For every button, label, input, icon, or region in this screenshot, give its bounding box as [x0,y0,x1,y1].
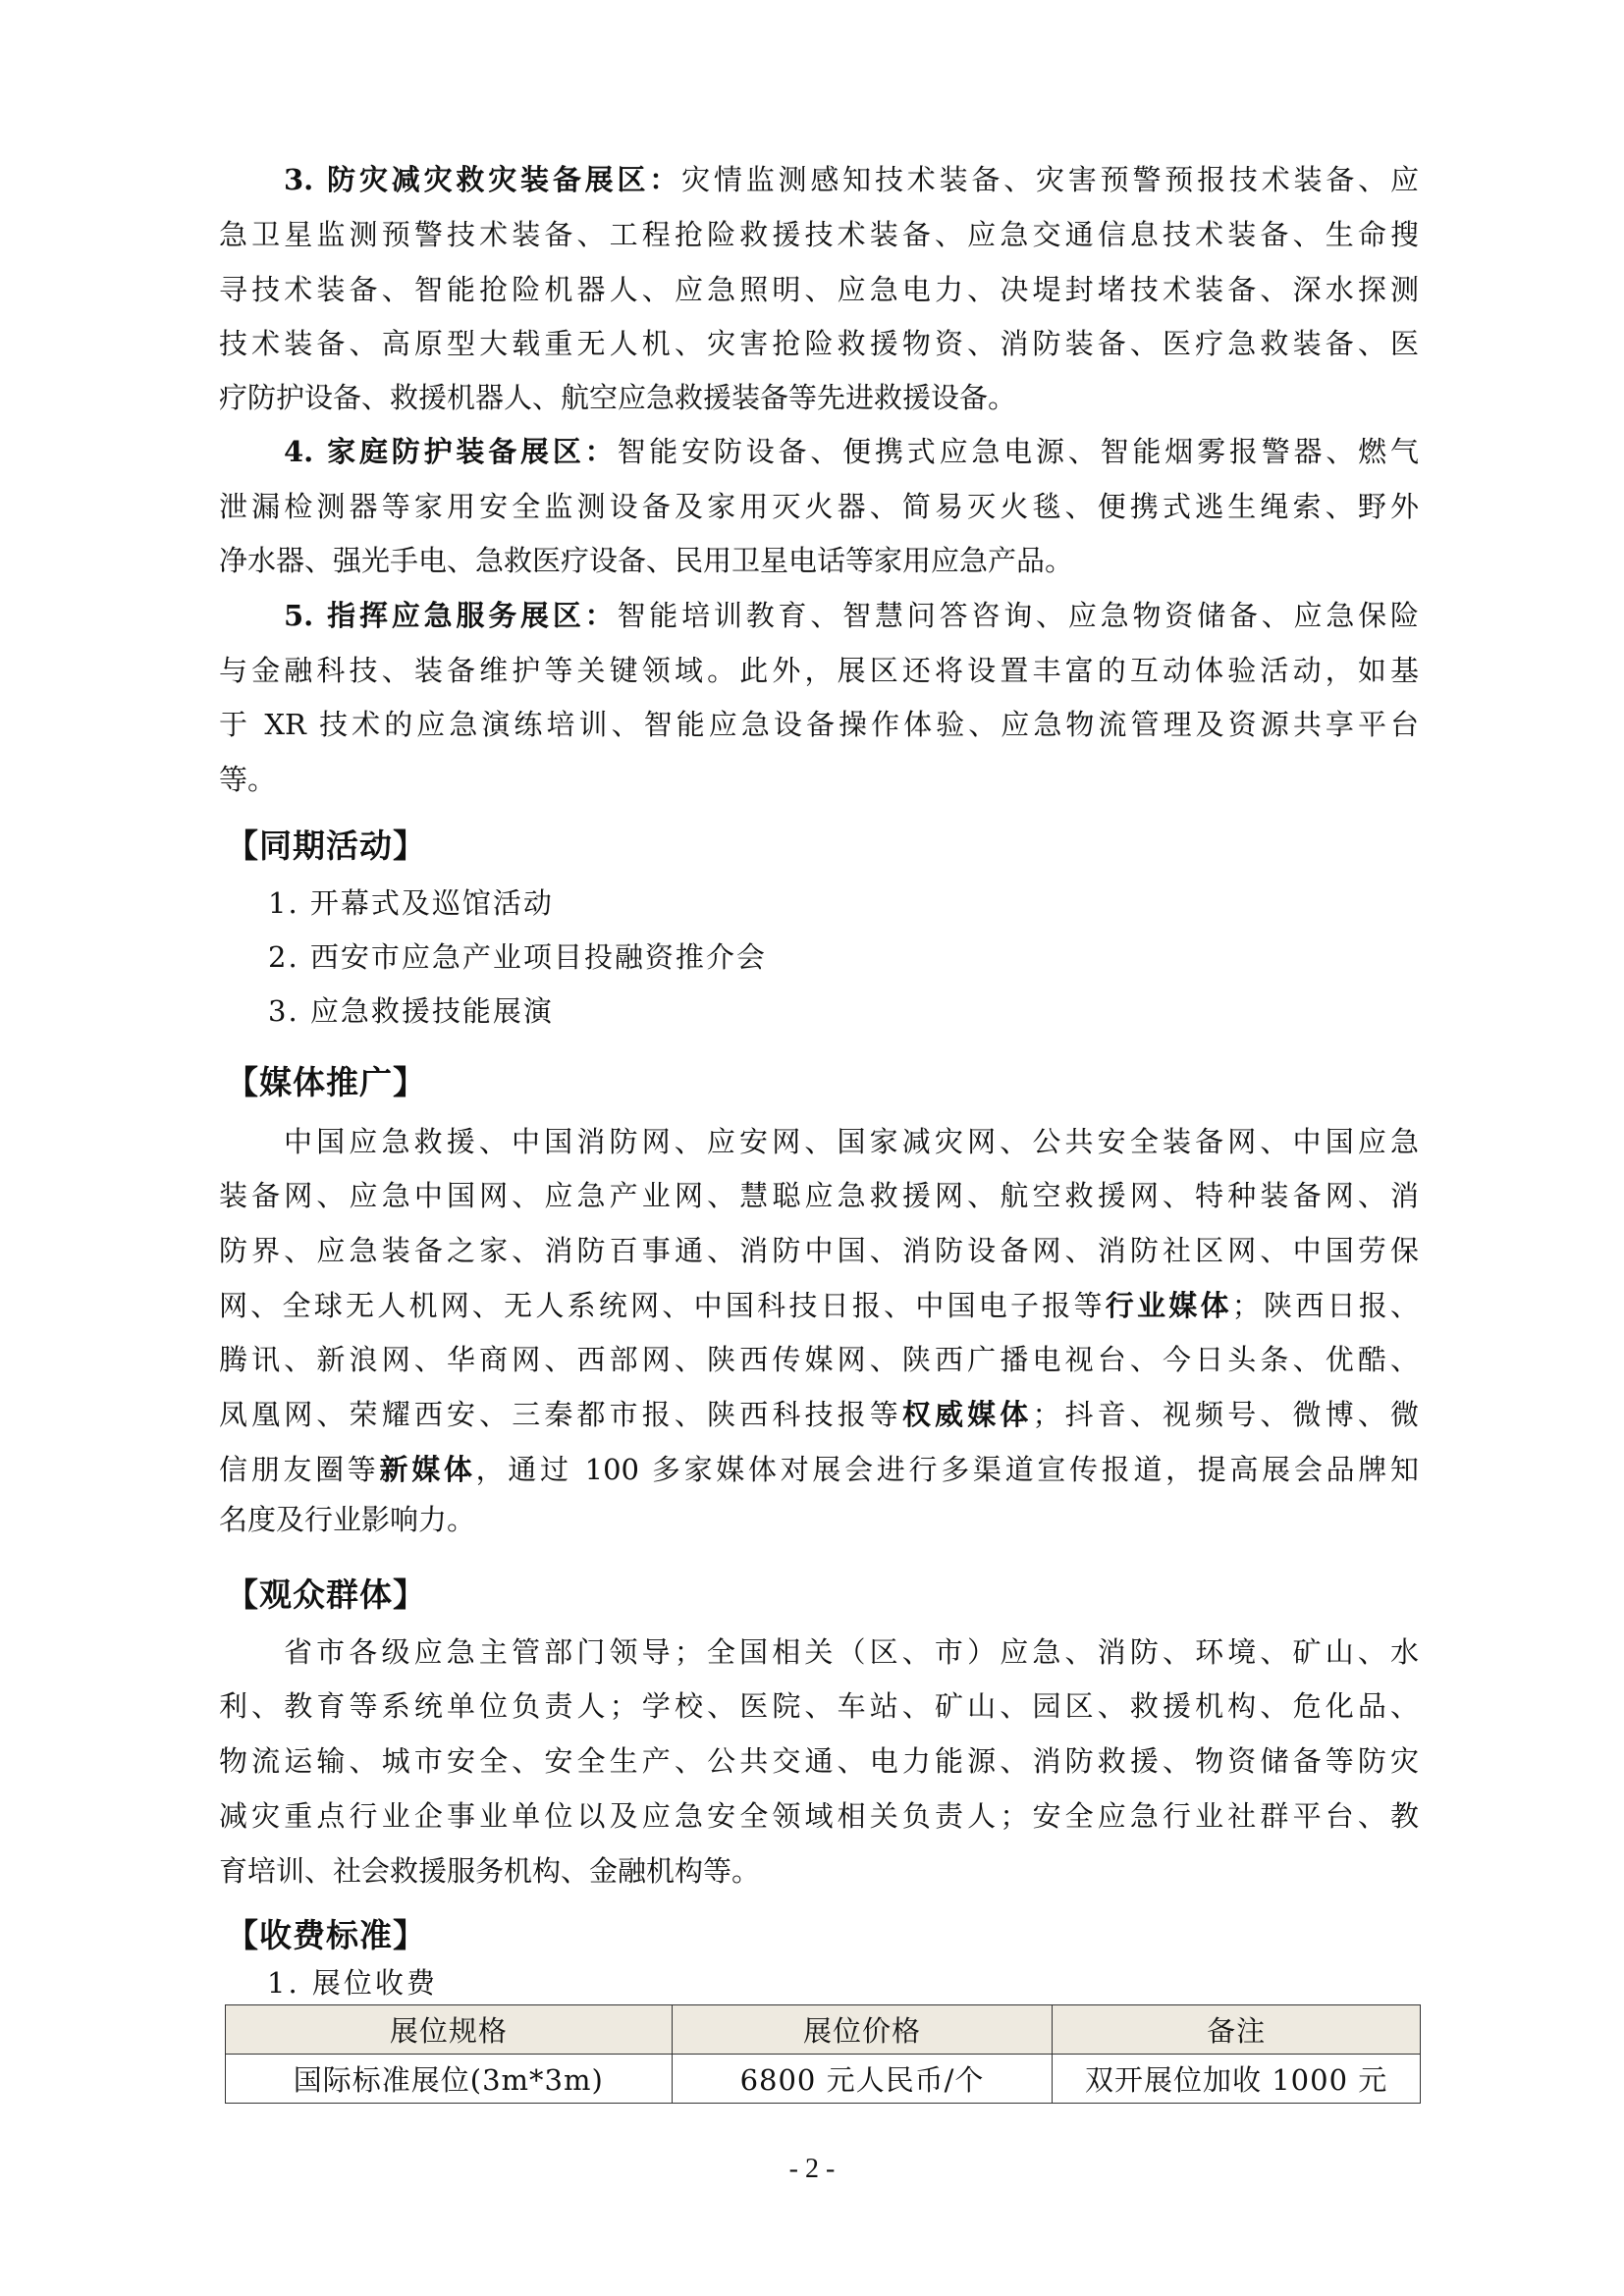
cell-price: 6800 元人民币/个 [672,2055,1053,2104]
audience-heading: 【观众群体】 [226,1574,426,1617]
audience-line-3: 物流运输、城市安全、安全生产、公共交通、电力能源、消防救援、物资储备等防灾 [219,1741,1419,1781]
zone4-line-2: 泄漏检测器等家用安全监测设备及家用灭火器、简易灭火毯、便携式逃生绳索、野外 [219,487,1419,526]
media-heading: 【媒体推广】 [226,1061,426,1104]
col-header-spec: 展位规格 [226,2005,673,2055]
media-line-1: 中国应急救援、中国消防网、应安网、国家减灾网、公共安全装备网、中国应急 [284,1122,1419,1161]
cell-spec: 国际标准展位(3m*3m) [226,2055,673,2104]
audience-line-4: 减灾重点行业企事业单位以及应急安全领域相关负责人；安全应急行业社群平台、教 [219,1796,1419,1836]
zone4-title: 4. 家庭防护装备展区： [284,435,618,468]
zone5-line-3: 于 XR 技术的应急演练培训、智能应急设备操作体验、应急物流管理及资源共享平台 [219,705,1419,744]
audience-line-5: 育培训、社会救援服务机构、金融机构等。 [219,1851,1419,1891]
zone3-line-4: 技术装备、高原型大载重无人机、灾害抢险救援物资、消防装备、医疗急救装备、医 [219,324,1419,363]
media-line-7: 信朋友圈等新媒体，通过 100 多家媒体对展会进行多渠道宣传报道，提高展会品牌知 [219,1450,1419,1489]
zone5-text: 智能培训教育、智慧问答咨询、应急物资储备、应急保险 [618,599,1420,632]
zone5-line-1: 5. 指挥应急服务展区：智能培训教育、智慧问答咨询、应急物资储备、应急保险 [284,596,1419,635]
concurrent-events-heading: 【同期活动】 [226,825,426,868]
zone4-line-3: 净水器、强光手电、急救医疗设备、民用卫星电话等家用应急产品。 [219,541,1419,580]
table-header-row: 展位规格 展位价格 备注 [226,2005,1421,2055]
industry-media-label: 行业媒体 [1106,1289,1232,1322]
media-line-8: 名度及行业影响力。 [219,1500,1419,1539]
audience-line-2: 利、教育等系统单位负责人；学校、医院、车站、矿山、园区、救援机构、危化品、 [219,1686,1419,1726]
zone4-text: 智能安防设备、便携式应急电源、智能烟雾报警器、燃气 [618,435,1420,468]
media-text: ；陕西日报、 [1232,1289,1419,1322]
booth-fee-subheading: 1. 展位收费 [267,1963,438,2002]
table-row: 国际标准展位(3m*3m) 6800 元人民币/个 双开展位加收 1000 元 [226,2055,1421,2104]
event-item-3: 3. 应急救援技能展演 [268,991,554,1031]
event-item-1: 1. 开幕式及巡馆活动 [268,883,554,923]
audience-line-1: 省市各级应急主管部门领导；全国相关（区、市）应急、消防、环境、矿山、水 [284,1632,1419,1672]
cell-note: 双开展位加收 1000 元 [1053,2055,1421,2104]
zone3-title: 3. 防灾减灾救灾装备展区： [284,163,681,196]
zone3-text: 灾情监测感知技术装备、灾害预警预报技术装备、应 [681,163,1419,196]
authority-media-label: 权威媒体 [902,1398,1033,1431]
new-media-label: 新媒体 [380,1453,476,1486]
media-text: 凤凰网、荣耀西安、三秦都市报、陕西科技报等 [219,1398,902,1431]
col-header-note: 备注 [1053,2005,1421,2055]
media-line-4: 网、全球无人机网、无人系统网、中国科技日报、中国电子报等行业媒体；陕西日报、 [219,1286,1419,1325]
zone3-line-2: 急卫星监测预警技术装备、工程抢险救援技术装备、应急交通信息技术装备、生命搜 [219,215,1419,254]
media-line-5: 腾讯、新浪网、华商网、西部网、陕西传媒网、陕西广播电视台、今日头条、优酷、 [219,1340,1419,1379]
document-page: 3. 防灾减灾救灾装备展区：灾情监测感知技术装备、灾害预警预报技术装备、应 急卫… [0,0,1624,2296]
col-header-price: 展位价格 [672,2005,1053,2055]
media-line-2: 装备网、应急中国网、应急产业网、慧聪应急救援网、航空救援网、特种装备网、消 [219,1176,1419,1215]
media-text: 信朋友圈等 [219,1453,380,1486]
media-line-6: 凤凰网、荣耀西安、三秦都市报、陕西科技报等权威媒体；抖音、视频号、微博、微 [219,1395,1419,1434]
page-number: - 2 - [0,2152,1624,2187]
zone5-title: 5. 指挥应急服务展区： [284,599,618,632]
zone3-line-1: 3. 防灾减灾救灾装备展区：灾情监测感知技术装备、灾害预警预报技术装备、应 [284,160,1419,199]
zone5-line-2: 与金融科技、装备维护等关键领域。此外，展区还将设置丰富的互动体验活动，如基 [219,651,1419,690]
zone5-line-4: 等。 [219,760,1419,799]
booth-fee-table: 展位规格 展位价格 备注 国际标准展位(3m*3m) 6800 元人民币/个 双… [225,2004,1421,2104]
event-item-2: 2. 西安市应急产业项目投融资推介会 [268,937,767,977]
zone3-line-5: 疗防护设备、救援机器人、航空应急救援装备等先进救援设备。 [219,378,1419,417]
zone4-line-1: 4. 家庭防护装备展区：智能安防设备、便携式应急电源、智能烟雾报警器、燃气 [284,432,1419,471]
media-text: ；抖音、视频号、微博、微 [1032,1398,1419,1431]
media-text: 网、全球无人机网、无人系统网、中国科技日报、中国电子报等 [219,1289,1106,1322]
fees-heading: 【收费标准】 [226,1914,426,1957]
media-line-3: 防界、应急装备之家、消防百事通、消防中国、消防设备网、消防社区网、中国劳保 [219,1231,1419,1270]
media-text: ，通过 100 多家媒体对展会进行多渠道宣传报道，提高展会品牌知 [476,1453,1419,1486]
zone3-line-3: 寻技术装备、智能抢险机器人、应急照明、应急电力、决堤封堵技术装备、深水探测 [219,270,1419,309]
